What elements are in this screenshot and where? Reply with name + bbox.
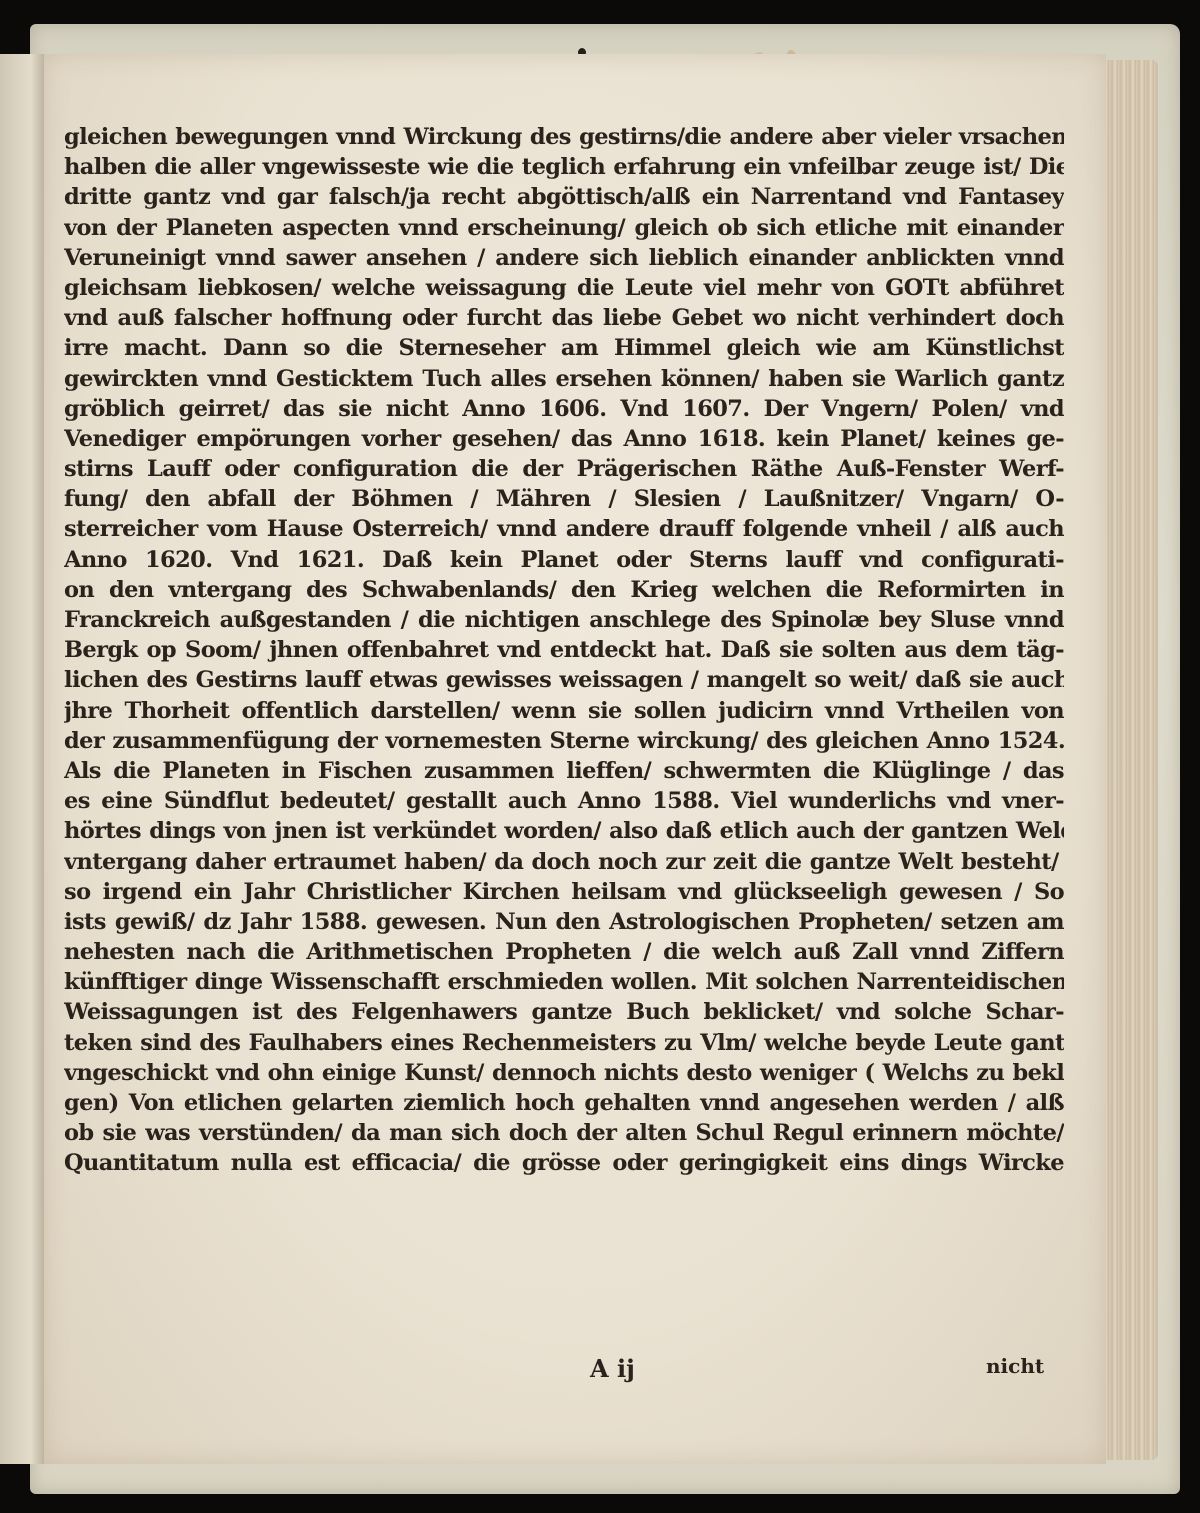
- text-line: Als die Planeten in Fischen zusammen lie…: [64, 756, 1064, 786]
- text-line: Weissagungen ist des Felgenhawers gantze…: [64, 997, 1064, 1027]
- text-line: Franckreich außgestanden / die nichtigen…: [64, 605, 1064, 635]
- text-line: hörtes dings von jnen ist verkündet word…: [64, 816, 1064, 846]
- text-line: so irgend ein Jahr Christlicher Kirchen …: [64, 877, 1064, 907]
- text-line: teken sind des Faulhabers eines Rechenme…: [64, 1028, 1064, 1058]
- text-line: Bergk op Soom/ jhnen offenbahret vnd ent…: [64, 635, 1064, 665]
- text-line: jhre Thorheit offentlich darstellen/ wen…: [64, 696, 1064, 726]
- text-line: dritte gantz vnd gar falsch/ja recht abg…: [64, 182, 1064, 212]
- text-line: gewirckten vnnd Gesticktem Tuch alles er…: [64, 364, 1064, 394]
- text-line: Anno 1620. Vnd 1621. Daß kein Planet ode…: [64, 545, 1064, 575]
- text-line: lichen des Gestirns lauff etwas gewisses…: [64, 665, 1064, 695]
- text-line: gleichen bewegungen vnnd Wirckung des ge…: [64, 122, 1064, 152]
- text-line: Venediger empörungen vorher gesehen/ das…: [64, 424, 1064, 454]
- text-line: künfftiger dinge Wissenschafft erschmied…: [64, 967, 1064, 997]
- body-text: gleichen bewegungen vnnd Wirckung des ge…: [64, 122, 1064, 1179]
- text-line: es eine Sündflut bedeutet/ gestallt auch…: [64, 786, 1064, 816]
- catchword: nicht: [986, 1354, 1044, 1378]
- text-line: on den vntergang des Schwabenlands/ den …: [64, 575, 1064, 605]
- text-line: gen) Von etlichen gelarten ziemlich hoch…: [64, 1088, 1064, 1118]
- text-line: gröblich geirret/ das sie nicht Anno 160…: [64, 394, 1064, 424]
- text-line: Quantitatum nulla est efficacia/ die grö…: [64, 1148, 1064, 1178]
- text-line: vntergang daher ertraumet haben/ da doch…: [64, 847, 1064, 877]
- text-line: ists gewiß/ dz Jahr 1588. gewesen. Nun d…: [64, 907, 1064, 937]
- book-page: gleichen bewegungen vnnd Wirckung des ge…: [44, 54, 1106, 1464]
- text-line: vngeschickt vnd ohn einige Kunst/ dennoc…: [64, 1058, 1064, 1088]
- text-line: nehesten nach die Arithmetischen Prophet…: [64, 937, 1064, 967]
- text-line: von der Planeten aspecten vnnd erscheinu…: [64, 213, 1064, 243]
- text-line: Veruneinigt vnnd sawer ansehen / andere …: [64, 243, 1064, 273]
- page-stack-edges: [1100, 60, 1158, 1460]
- previous-page-edge: [0, 54, 46, 1464]
- text-line: vnd auß falscher hoffnung oder furcht da…: [64, 303, 1064, 333]
- text-line: der zusammenfügung der vornemesten Stern…: [64, 726, 1064, 756]
- scan-scene: gleichen bewegungen vnnd Wirckung des ge…: [0, 0, 1200, 1513]
- signature-mark: A ij: [590, 1354, 635, 1383]
- text-line: gleichsam liebkosen/ welche weissagung d…: [64, 273, 1064, 303]
- page-footer: A ij nicht: [44, 1354, 1106, 1394]
- text-line: ob sie was verstünden/ da man sich doch …: [64, 1118, 1064, 1148]
- text-line: stirns Lauff oder configuration die der …: [64, 454, 1064, 484]
- text-line: halben die aller vngewisseste wie die te…: [64, 152, 1064, 182]
- text-line: sterreicher vom Hause Osterreich/ vnnd a…: [64, 514, 1064, 544]
- text-line: fung/ den abfall der Böhmen / Mähren / S…: [64, 484, 1064, 514]
- text-line: irre macht. Dann so die Sterneseher am H…: [64, 333, 1064, 363]
